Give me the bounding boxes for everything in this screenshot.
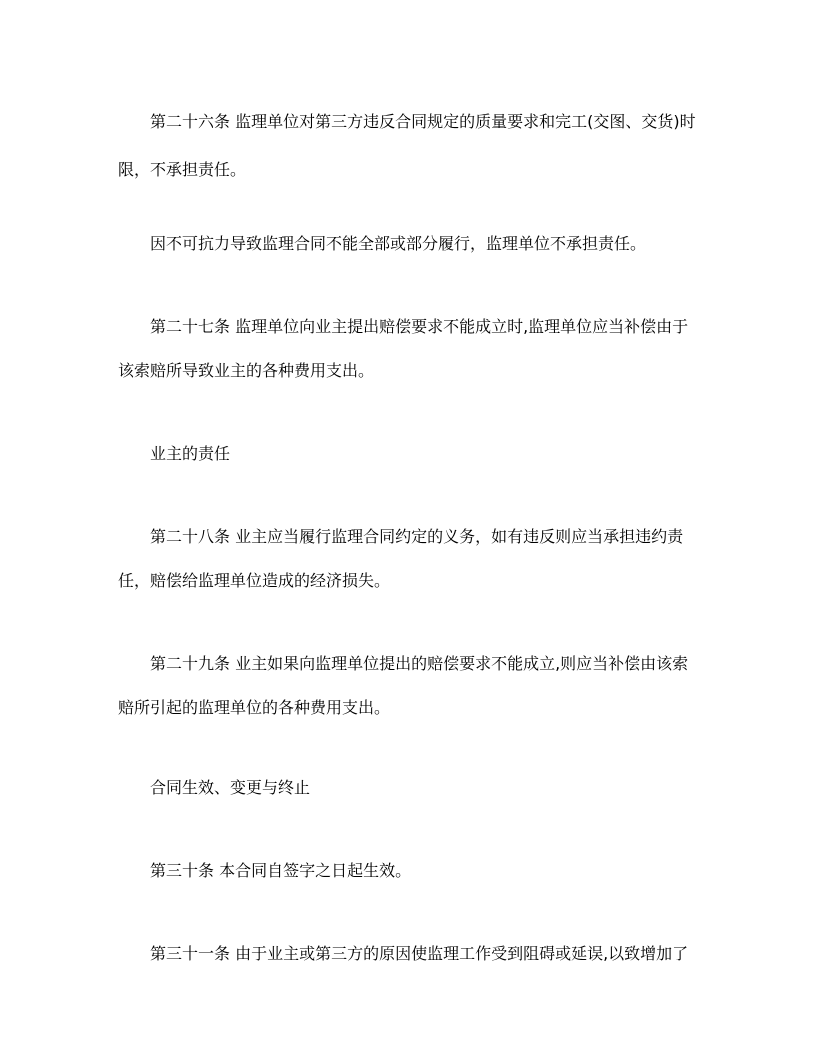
section-heading-contract-effect: 合同生效、变更与终止 xyxy=(150,778,310,798)
article-31-line-1: 第三十一条 由于业主或第三方的原因使监理工作受到阻碍或延误,以致增加了 xyxy=(150,944,688,964)
article-28-line-1: 第二十八条 业主应当履行监理合同约定的义务，如有违反则应当承担违约责 xyxy=(150,527,683,547)
article-28-line-2: 任，赔偿给监理单位造成的经济损失。 xyxy=(118,571,390,591)
article-29-line-2: 赔所引起的监理单位的各种费用支出。 xyxy=(118,698,390,718)
section-heading-owner-responsibility: 业主的责任 xyxy=(150,444,230,464)
article-27-line-1: 第二十七条 监理单位向业主提出赔偿要求不能成立时,监理单位应当补偿由于 xyxy=(150,317,688,337)
force-majeure-paragraph: 因不可抗力导致监理合同不能全部或部分履行，监理单位不承担责任。 xyxy=(150,234,646,254)
article-30: 第三十条 本合同自签字之日起生效。 xyxy=(150,861,411,881)
article-27-line-2: 该索赔所导致业主的各种费用支出。 xyxy=(118,361,374,381)
article-29-line-1: 第二十九条 业主如果向监理单位提出的赔偿要求不能成立,则应当补偿由该索 xyxy=(150,654,688,674)
article-26-line-1: 第二十六条 监理单位对第三方违反合同规定的质量要求和完工(交图、交货)时 xyxy=(150,112,696,132)
article-26-line-2: 限，不承担责任。 xyxy=(118,160,246,180)
